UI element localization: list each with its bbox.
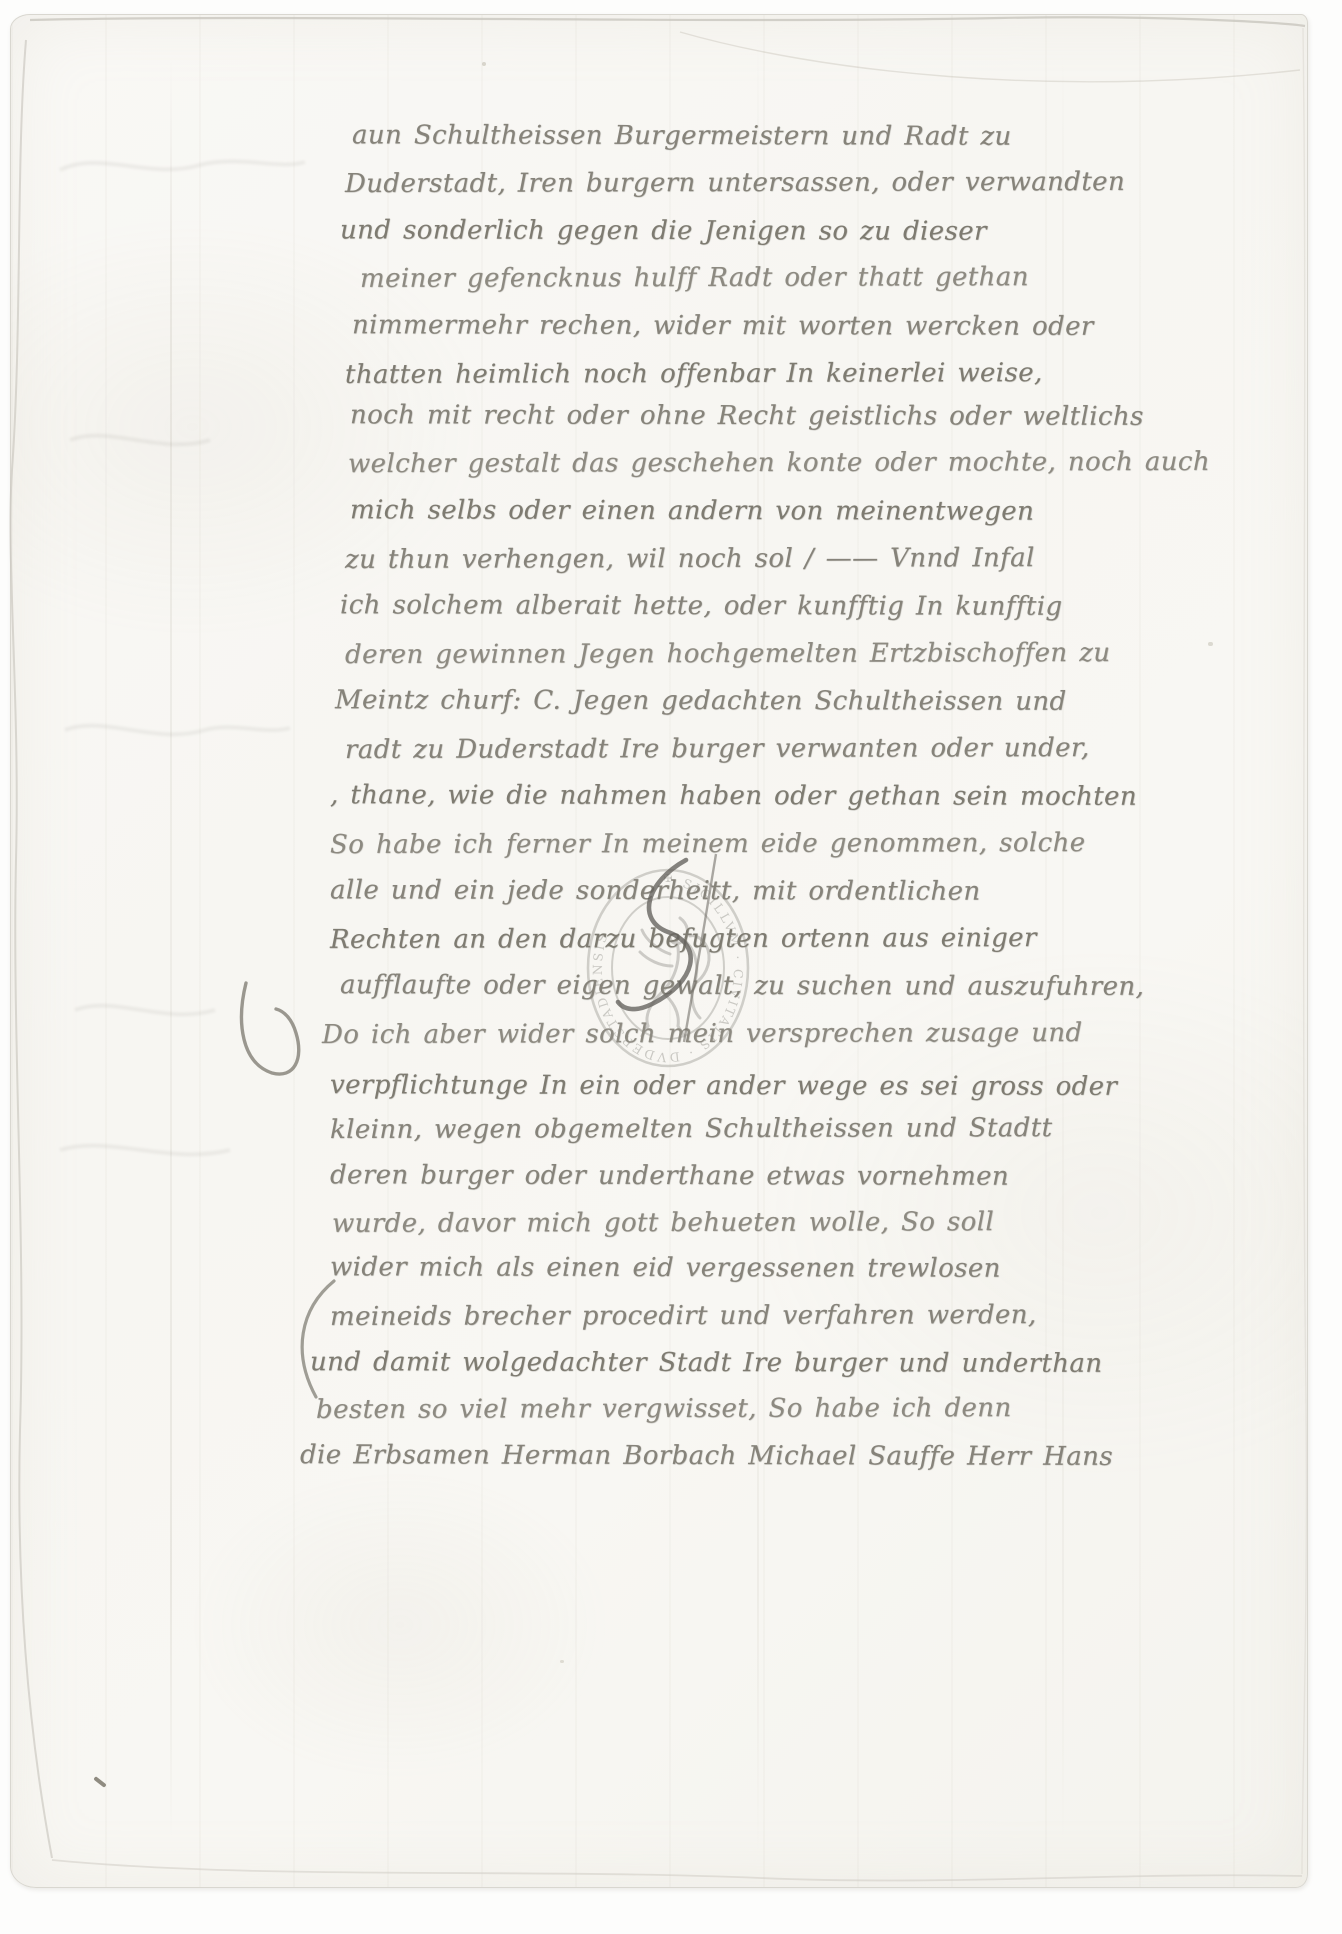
manuscript-line: welcher gestalt das geschehen konte oder… [348, 442, 1210, 484]
foxing-spot [1208, 642, 1213, 646]
manuscript-line: meineids brecher procedirt und verfahren… [330, 1295, 1037, 1337]
manuscript-line: mich selbs oder einen andern von meinent… [350, 490, 1034, 531]
manuscript-line: ich solchem alberait hette, oder kunffti… [340, 585, 1063, 627]
manuscript-line: zu thun verhengen, wil noch sol / —— Vnn… [345, 538, 1035, 580]
manuscript-line: besten so viel mehr vergwisset, So habe … [316, 1388, 1012, 1430]
manuscript-line: Meintz churf: C. Jegen gedachten Schulth… [335, 680, 1067, 722]
manuscript-line: , thane, wie die nahmen haben oder getha… [330, 775, 1137, 817]
manuscript-line: nimmermehr rechen, wider mit worten werc… [352, 305, 1094, 347]
manuscript-line: meiner gefencknus hulff Radt oder thatt … [360, 257, 1029, 299]
manuscript-line: und damit wolgedachter Stadt Ire burger … [310, 1342, 1103, 1384]
scan-background: SIGILLVM · CIVITATIS · DVDERSTADIENSIS ✠ [0, 0, 1342, 1934]
foxing-spot [560, 1660, 564, 1663]
manuscript-line: die Erbsamen Herman Borbach Michael Sauf… [300, 1435, 1113, 1477]
manuscript-line: kleinn, wegen obgemelten Schultheissen u… [330, 1108, 1053, 1150]
manuscript-line: thatten heimlich noch offenbar In keiner… [345, 353, 1043, 395]
manuscript-line: wurde, davor mich gott behueten wolle, S… [332, 1202, 994, 1244]
manuscript-line: deren burger oder underthane etwas vorne… [330, 1155, 1009, 1196]
manuscript-line: radt zu Duderstadt Ire burger verwanten … [345, 728, 1090, 770]
manuscript-line: verpflichtunge In ein oder ander wege es… [330, 1065, 1117, 1107]
manuscript-line: Rechten an den darzu befugten ortenn aus… [330, 918, 1037, 960]
manuscript-line: wider mich als einen eid vergessenen tre… [330, 1247, 1001, 1288]
manuscript-line: Do ich aber wider solch mein versprechen… [322, 1013, 1083, 1055]
manuscript-line: und sonderlich gegen die Jenigen so zu d… [340, 210, 987, 251]
manuscript-line: aun Schultheissen Burgermeistern und Rad… [352, 115, 1012, 156]
foxing-spot [482, 62, 486, 66]
manuscript-line: aufflaufte oder eigen gewalt, zu suchen … [340, 965, 1144, 1007]
manuscript-line: noch mit recht oder ohne Recht geistlich… [350, 395, 1144, 437]
manuscript-line: Duderstadt, Iren burgern untersassen, od… [345, 162, 1125, 204]
manuscript-text-block: aun Schultheissen Burgermeistern und Rad… [0, 0, 1342, 1934]
manuscript-line: alle und ein jede sonderheitt, mit orden… [330, 870, 981, 911]
manuscript-line: So habe ich ferner In meinem eide genomm… [330, 823, 1086, 865]
manuscript-line: deren gewinnen Jegen hochgemelten Ertzbi… [345, 633, 1111, 675]
